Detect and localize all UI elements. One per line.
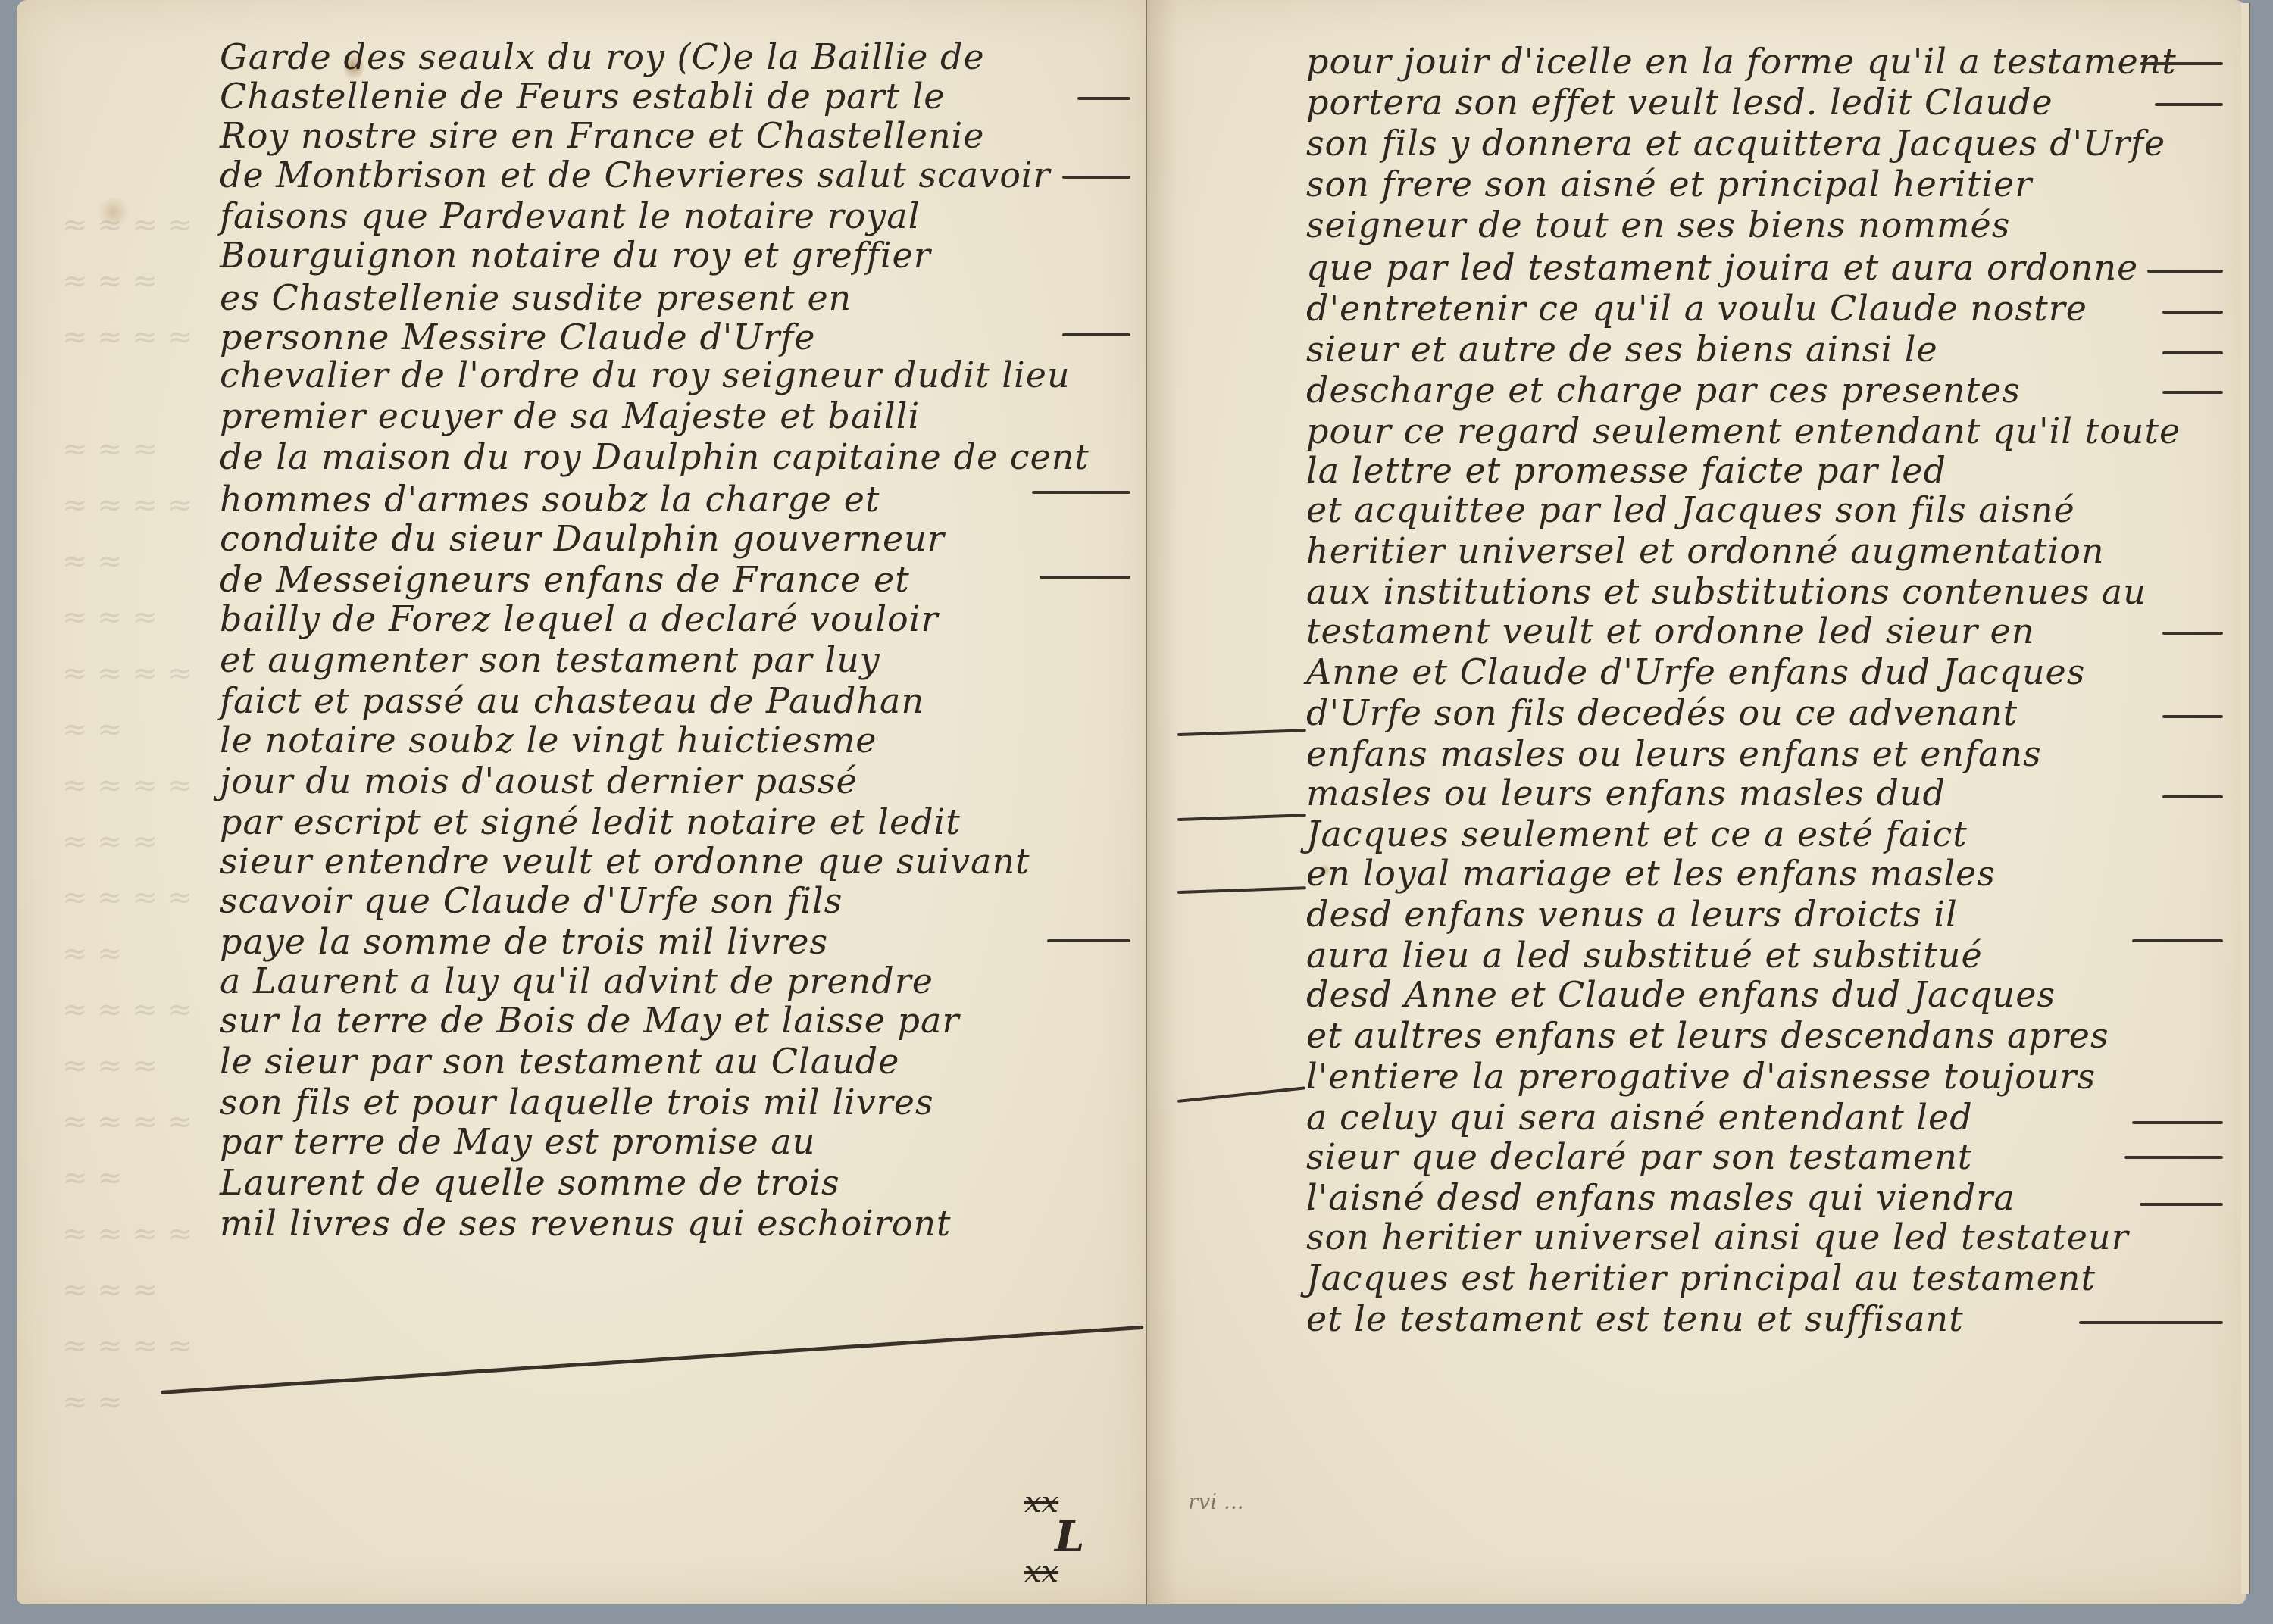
manuscript-line: jour du mois d'aoust dernier passé xyxy=(220,760,858,801)
line-text: la lettre et promesse faicte par led xyxy=(1306,450,1946,491)
line-text: son fils et pour laquelle trois mil livr… xyxy=(220,1082,934,1123)
line-text: de Messeigneurs enfans de France et xyxy=(220,559,910,600)
line-flourish xyxy=(2162,715,2223,718)
manuscript-line: la lettre et promesse faicte par led xyxy=(1306,450,1946,491)
line-text: de la maison du roy Daulphin capitaine d… xyxy=(220,436,1090,477)
line-flourish xyxy=(1032,491,1130,494)
foot-marks-right: rvi ... xyxy=(1188,1485,1244,1519)
line-text: sieur et autre de ses biens ainsi le xyxy=(1306,329,1938,370)
line-text: l'aisné desd enfans masles qui viendra xyxy=(1306,1177,2015,1218)
line-text: par terre de May est promise au xyxy=(220,1121,815,1162)
line-text: personne Messire Claude d'Urfe xyxy=(220,317,815,358)
line-flourish xyxy=(2132,1121,2223,1124)
line-text: Anne et Claude d'Urfe enfans dud Jacques xyxy=(1306,651,2085,692)
line-text: d'Urfe son fils decedés ou ce advenant xyxy=(1306,692,2018,733)
line-text: Roy nostre sire en France et Chastelleni… xyxy=(220,115,984,156)
manuscript-line: sieur que declaré par son testament xyxy=(1306,1136,1972,1177)
manuscript-line: pour jouir d'icelle en la forme qu'il a … xyxy=(1306,41,2177,82)
line-flourish xyxy=(2140,1203,2223,1206)
manuscript-line: l'aisné desd enfans masles qui viendra xyxy=(1306,1177,2015,1218)
line-text: hommes d'armes soubz la charge et xyxy=(220,479,880,520)
manuscript-line: son heritier universel ainsi que led tes… xyxy=(1306,1216,2129,1257)
manuscript-line: et le testament est tenu et suffisant xyxy=(1306,1298,1964,1339)
manuscript-line: aux institutions et substitutions conten… xyxy=(1306,571,2146,612)
manuscript-line: en loyal mariage et les enfans masles xyxy=(1306,853,1996,894)
manuscript-line: pour ce regard seulement entendant qu'il… xyxy=(1306,411,2181,451)
line-text: son fils y donnera et acquittera Jacques… xyxy=(1306,123,2165,164)
line-flourish xyxy=(1062,176,1130,179)
manuscript-line: portera son effet veult lesd. ledit Clau… xyxy=(1306,82,2053,123)
line-text: Bourguignon notaire du roy et greffier xyxy=(220,235,931,276)
right-page: pour jouir d'icelle en la forme qu'il a … xyxy=(1147,0,2246,1604)
line-text: d'entretenir ce qu'il a voulu Claude nos… xyxy=(1306,288,2087,329)
manuscript-line: a celuy qui sera aisné entendant led xyxy=(1306,1097,1973,1138)
manuscript-line: Laurent de quelle somme de trois xyxy=(220,1162,840,1203)
line-text: a Laurent a luy qu'il advint de prendre xyxy=(220,960,933,1001)
line-text: faisons que Pardevant le notaire royal xyxy=(220,195,921,236)
line-text: Jacques est heritier principal au testam… xyxy=(1306,1257,2096,1298)
manuscript-line: conduite du sieur Daulphin gouverneur xyxy=(220,518,945,559)
line-text: desd enfans venus a leurs droicts il xyxy=(1306,894,1958,935)
manuscript-line: heritier universel et ordonné augmentati… xyxy=(1306,530,2105,571)
manuscript-line: de Montbrison et de Chevrieres salut sca… xyxy=(220,155,1051,195)
line-text: enfans masles ou leurs enfans et enfans xyxy=(1306,733,2042,774)
line-flourish xyxy=(1077,97,1130,100)
line-text: conduite du sieur Daulphin gouverneur xyxy=(220,518,945,559)
line-text: jour du mois d'aoust dernier passé xyxy=(220,760,858,801)
line-text: sieur que declaré par son testament xyxy=(1306,1136,1972,1177)
line-text: a celuy qui sera aisné entendant led xyxy=(1306,1097,1973,1138)
manuscript-line: Chastellenie de Feurs establi de part le xyxy=(220,76,946,117)
line-text: et aultres enfans et leurs descendans ap… xyxy=(1306,1015,2109,1056)
manuscript-line: de la maison du roy Daulphin capitaine d… xyxy=(220,436,1090,477)
manuscript-line: et aultres enfans et leurs descendans ap… xyxy=(1306,1015,2109,1056)
line-text: heritier universel et ordonné augmentati… xyxy=(1306,530,2105,571)
manuscript-line: hommes d'armes soubz la charge et xyxy=(220,479,880,520)
manuscript-line: Anne et Claude d'Urfe enfans dud Jacques xyxy=(1306,651,2085,692)
line-text: et acquittee par led Jacques son fils ai… xyxy=(1306,489,2075,530)
line-text: le sieur par son testament au Claude xyxy=(220,1041,899,1082)
line-text: le notaire soubz le vingt huictiesme xyxy=(220,720,877,760)
manuscript-line: aura lieu a led substitué et substitué xyxy=(1306,935,1983,976)
line-text: sieur entendre veult et ordonne que suiv… xyxy=(220,841,1030,882)
line-text: Jacques seulement et ce a esté faict xyxy=(1306,814,1968,854)
lead-in-stroke xyxy=(1177,886,1306,894)
bleed-through-text: ≈ ≈ ≈ ≈≈ ≈ ≈≈ ≈ ≈ ≈≈ ≈ ≈≈ ≈ ≈ ≈≈ ≈≈ ≈ ≈≈… xyxy=(62,197,192,1430)
mark-glyph: L xyxy=(1024,1519,1084,1554)
manuscript-line: Jacques est heritier principal au testam… xyxy=(1306,1257,2096,1298)
manuscript-line: premier ecuyer de sa Majeste et bailli xyxy=(220,395,920,436)
line-text: sur la terre de Bois de May et laisse pa… xyxy=(220,1000,959,1041)
manuscript-line: seigneur de tout en ses biens nommés xyxy=(1306,205,2010,245)
line-text: testament veult et ordonne led sieur en xyxy=(1306,611,2034,651)
line-text: desd Anne et Claude enfans dud Jacques xyxy=(1306,974,2056,1015)
faint-mark: rvi ... xyxy=(1188,1489,1244,1514)
manuscript-line: le sieur par son testament au Claude xyxy=(220,1041,899,1082)
manuscript-line: d'Urfe son fils decedés ou ce advenant xyxy=(1306,692,2018,733)
line-text: et augmenter son testament par luy xyxy=(220,639,880,680)
line-flourish xyxy=(2162,311,2223,314)
line-text: de Montbrison et de Chevrieres salut sca… xyxy=(220,155,1051,195)
line-text: en loyal mariage et les enfans masles xyxy=(1306,853,1996,894)
line-flourish xyxy=(1047,939,1130,942)
manuscript-line: son fils y donnera et acquittera Jacques… xyxy=(1306,123,2165,164)
line-flourish xyxy=(2147,270,2223,273)
line-flourish xyxy=(1040,576,1130,579)
line-flourish xyxy=(1062,333,1130,336)
manuscript-line: et acquittee par led Jacques son fils ai… xyxy=(1306,489,2075,530)
manuscript-line: sieur entendre veult et ordonne que suiv… xyxy=(220,841,1030,882)
line-text: pour jouir d'icelle en la forme qu'il a … xyxy=(1306,41,2177,82)
line-text: seigneur de tout en ses biens nommés xyxy=(1306,205,2010,245)
manuscript-line: sur la terre de Bois de May et laisse pa… xyxy=(220,1000,959,1041)
lead-in-stroke xyxy=(1177,814,1306,821)
line-text: faict et passé au chasteau de Paudhan xyxy=(220,680,924,721)
manuscript-line: faict et passé au chasteau de Paudhan xyxy=(220,680,924,721)
lead-in-stroke xyxy=(1177,729,1306,736)
line-text: que par led testament jouira et aura ord… xyxy=(1306,247,2138,288)
manuscript-line: d'entretenir ce qu'il a voulu Claude nos… xyxy=(1306,288,2087,329)
manuscript-line: masles ou leurs enfans masles dud xyxy=(1306,773,1946,814)
line-text: l'entiere la prerogative d'aisnesse touj… xyxy=(1306,1056,2096,1097)
manuscript-line: Garde des seaulx du roy (C)e la Baillie … xyxy=(220,36,985,77)
line-text: premier ecuyer de sa Majeste et bailli xyxy=(220,395,920,436)
manuscript-line: desd Anne et Claude enfans dud Jacques xyxy=(1306,974,2056,1015)
line-text: chevalier de l'ordre du roy seigneur dud… xyxy=(220,354,1071,395)
line-text: Laurent de quelle somme de trois xyxy=(220,1162,840,1203)
line-text: pour ce regard seulement entendant qu'il… xyxy=(1306,411,2181,451)
line-flourish xyxy=(2132,939,2223,942)
manuscript-line: personne Messire Claude d'Urfe xyxy=(220,317,815,358)
line-text: paye la somme de trois mil livres xyxy=(220,921,828,962)
line-text: son frere son aisné et principal heritie… xyxy=(1306,164,2032,205)
page-fold-shadow xyxy=(1147,0,1177,1604)
line-flourish xyxy=(2162,391,2223,394)
line-text: mil livres de ses revenus qui eschoiront xyxy=(220,1203,952,1244)
manuscript-line: Roy nostre sire en France et Chastelleni… xyxy=(220,115,984,156)
manuscript-line: a Laurent a luy qu'il advint de prendre xyxy=(220,960,933,1001)
manuscript-line: bailly de Forez lequel a declaré vouloir xyxy=(220,598,939,639)
line-text: son heritier universel ainsi que led tes… xyxy=(1306,1216,2129,1257)
line-text: aura lieu a led substitué et substitué xyxy=(1306,935,1983,976)
manuscript-line: son frere son aisné et principal heritie… xyxy=(1306,164,2032,205)
manuscript-line: testament veult et ordonne led sieur en xyxy=(1306,611,2034,651)
line-flourish xyxy=(2162,632,2223,635)
manuscript-spread: ≈ ≈ ≈ ≈≈ ≈ ≈≈ ≈ ≈ ≈≈ ≈ ≈≈ ≈ ≈ ≈≈ ≈≈ ≈ ≈≈… xyxy=(0,0,2273,1624)
foot-marks-left: xx L xx xyxy=(1024,1485,1084,1589)
manuscript-line: de Messeigneurs enfans de France et xyxy=(220,559,910,600)
line-flourish xyxy=(2079,1321,2223,1324)
manuscript-line: scavoir que Claude d'Urfe son fils xyxy=(220,880,843,921)
manuscript-line: que par led testament jouira et aura ord… xyxy=(1306,247,2138,288)
manuscript-line: l'entiere la prerogative d'aisnesse touj… xyxy=(1306,1056,2096,1097)
line-text: Garde des seaulx du roy (C)e la Baillie … xyxy=(220,36,985,77)
line-text: descharge et charge par ces presentes xyxy=(1306,370,2021,411)
left-page: ≈ ≈ ≈ ≈≈ ≈ ≈≈ ≈ ≈ ≈≈ ≈ ≈≈ ≈ ≈ ≈≈ ≈≈ ≈ ≈≈… xyxy=(17,0,1147,1604)
line-text: bailly de Forez lequel a declaré vouloir xyxy=(220,598,939,639)
right-page-text: pour jouir d'icelle en la forme qu'il a … xyxy=(1306,41,2231,1404)
manuscript-line: enfans masles ou leurs enfans et enfans xyxy=(1306,733,2042,774)
line-flourish xyxy=(2162,795,2223,798)
manuscript-line: es Chastellenie susdite present en xyxy=(220,277,852,318)
line-flourish xyxy=(2162,351,2223,354)
manuscript-line: paye la somme de trois mil livres xyxy=(220,921,828,962)
line-flourish xyxy=(2124,1156,2223,1159)
manuscript-line: et augmenter son testament par luy xyxy=(220,639,880,680)
line-text: es Chastellenie susdite present en xyxy=(220,277,852,318)
line-text: masles ou leurs enfans masles dud xyxy=(1306,773,1946,814)
manuscript-line: descharge et charge par ces presentes xyxy=(1306,370,2021,411)
manuscript-line: mil livres de ses revenus qui eschoiront xyxy=(220,1203,952,1244)
left-page-text: Garde des seaulx du roy (C)e la Baillie … xyxy=(220,36,1144,1324)
line-text: scavoir que Claude d'Urfe son fils xyxy=(220,880,843,921)
manuscript-line: par terre de May est promise au xyxy=(220,1121,815,1162)
line-flourish xyxy=(2155,103,2223,106)
manuscript-line: desd enfans venus a leurs droicts il xyxy=(1306,894,1958,935)
line-flourish xyxy=(2140,62,2223,65)
line-text: et le testament est tenu et suffisant xyxy=(1306,1298,1964,1339)
lead-in-stroke xyxy=(1177,1086,1305,1103)
manuscript-line: son fils et pour laquelle trois mil livr… xyxy=(220,1082,934,1123)
line-text: Chastellenie de Feurs establi de part le xyxy=(220,76,946,117)
manuscript-line: Bourguignon notaire du roy et greffier xyxy=(220,235,931,276)
manuscript-line: par escript et signé ledit notaire et le… xyxy=(220,801,961,842)
closing-rule xyxy=(161,1326,1143,1394)
line-text: portera son effet veult lesd. ledit Clau… xyxy=(1306,82,2053,123)
manuscript-line: sieur et autre de ses biens ainsi le xyxy=(1306,329,1938,370)
manuscript-line: le notaire soubz le vingt huictiesme xyxy=(220,720,877,760)
manuscript-line: Jacques seulement et ce a esté faict xyxy=(1306,814,1968,854)
line-text: aux institutions et substitutions conten… xyxy=(1306,571,2146,612)
foxing-spot xyxy=(98,197,129,227)
manuscript-line: faisons que Pardevant le notaire royal xyxy=(220,195,921,236)
manuscript-line: chevalier de l'ordre du roy seigneur dud… xyxy=(220,354,1071,395)
line-text: par escript et signé ledit notaire et le… xyxy=(220,801,961,842)
